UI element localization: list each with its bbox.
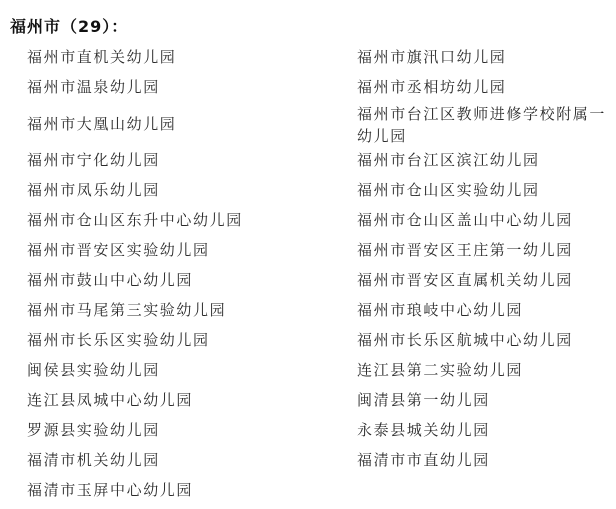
list-item: 连江县凤城中心幼儿园	[27, 390, 193, 410]
list-item: 福州市晋安区实验幼儿园	[27, 240, 210, 260]
list-item: 福州市丞相坊幼儿园	[357, 77, 506, 97]
list-item: 福州市仓山区实验幼儿园	[357, 180, 540, 200]
list-item: 福州市宁化幼儿园	[27, 150, 160, 170]
list-item: 福州市琅岐中心幼儿园	[357, 300, 523, 320]
list-item: 福州市台江区滨江幼儿园	[357, 150, 540, 170]
list-item: 福州市直机关幼儿园	[27, 47, 176, 67]
list-item: 福州市大凰山幼儿园	[27, 114, 176, 134]
list-item: 闽清县第一幼儿园	[357, 390, 490, 410]
list-item: 福清市玉屏中心幼儿园	[27, 480, 193, 500]
list-item: 福清市市直幼儿园	[357, 450, 490, 470]
list-item: 福州市仓山区盖山中心幼儿园	[357, 210, 573, 230]
list-item: 闽侯县实验幼儿园	[27, 360, 160, 380]
list-item: 罗源县实验幼儿园	[27, 420, 160, 440]
list-item: 福清市机关幼儿园	[27, 450, 160, 470]
section-heading: 福州市（29）：	[10, 14, 128, 37]
list-item: 连江县第二实验幼儿园	[357, 360, 523, 380]
list-item: 福州市凤乐幼儿园	[27, 180, 160, 200]
list-item: 福州市台江区教师进修学校附属一幼儿园	[357, 103, 616, 147]
list-item: 福州市长乐区实验幼儿园	[27, 330, 210, 350]
list-item: 福州市长乐区航城中心幼儿园	[357, 330, 573, 350]
list-item: 福州市鼓山中心幼儿园	[27, 270, 193, 290]
list-item: 永泰县城关幼儿园	[357, 420, 490, 440]
list-item: 福州市马尾第三实验幼儿园	[27, 300, 226, 320]
list-item: 福州市旗汛口幼儿园	[357, 47, 506, 67]
list-item: 福州市仓山区东升中心幼儿园	[27, 210, 243, 230]
list-item: 福州市晋安区直属机关幼儿园	[357, 270, 573, 290]
list-item: 福州市温泉幼儿园	[27, 77, 160, 97]
list-item: 福州市晋安区王庄第一幼儿园	[357, 240, 573, 260]
